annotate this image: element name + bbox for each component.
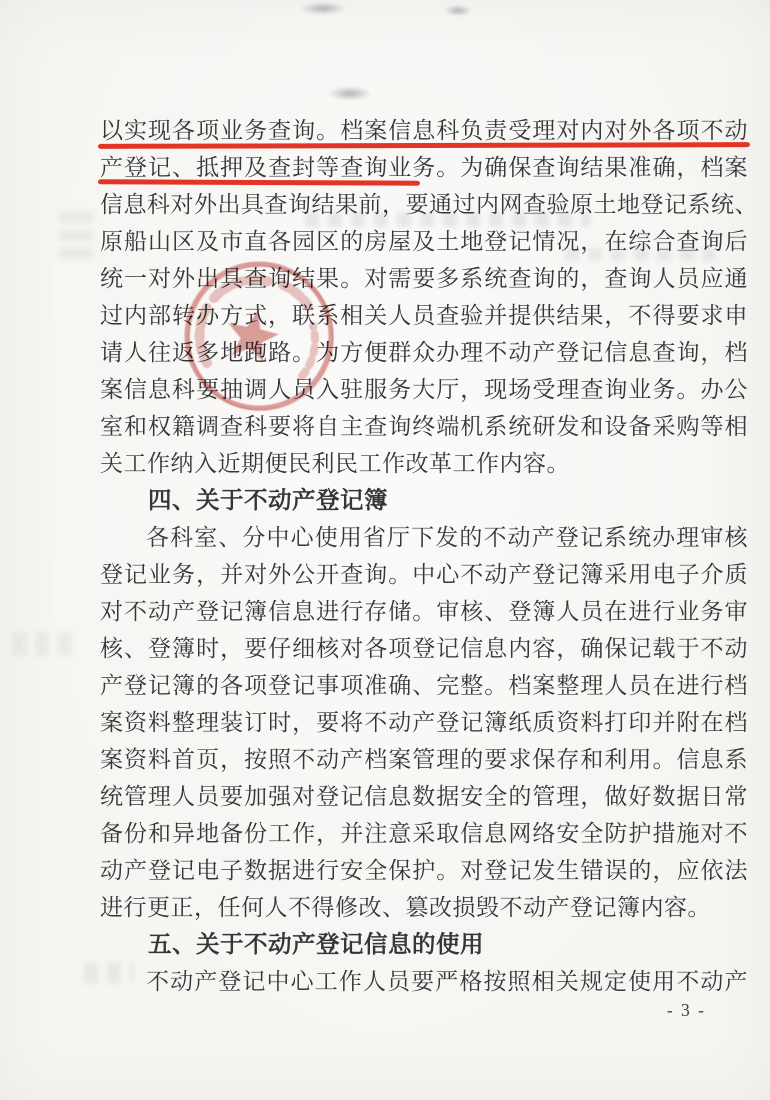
body-line: 案信息科要抽调人员入驻服务大厅，现场受理查询业务。办公 [100, 371, 748, 408]
document-body: 以实现各项业务查询。档案信息科负责受理对内对外各项不动 产登记、抵押及查封等查询… [100, 112, 748, 1000]
scan-artifact [300, 2, 346, 15]
scan-bleedthrough [12, 632, 78, 656]
body-line: 案资料首页，按照不动产档案管理的要求保存和利用。信息系 [100, 741, 748, 778]
body-line: 动产登记电子数据进行安全保护。对登记发生错误的，应依法 [100, 852, 748, 889]
body-line: 不动产登记中心工作人员要严格按照相关规定使用不动产 [100, 963, 748, 1000]
body-line: 请人往返多地跑路。为方便群众办理不动产登记信息查询，档 [100, 334, 748, 371]
body-line: 产登记簿的各项登记事项准确、完整。档案整理人员在进行档 [100, 667, 748, 704]
body-line: 核、登簿时，要仔细核对各项登记信息内容，确保记载于不动 [100, 630, 748, 667]
body-line: 统管理人员要加强对登记信息数据安全的管理，做好数据日常 [100, 778, 748, 815]
body-line: 案资料整理装订时，要将不动产登记簿纸质资料打印并附在档 [100, 704, 748, 741]
body-line: 室和权籍调查科要将自主查询终端机系统研发和设备采购等相 [100, 408, 748, 445]
body-line: 备份和异地备份工作，并注意采取信息网络安全防护措施对不 [100, 815, 748, 852]
body-line: 统一对外出具查询结果。对需要多系统查询的，查询人员应通 [100, 260, 748, 297]
body-line: 登记业务，并对外公开查询。中心不动产登记簿采用电子介质 [100, 556, 748, 593]
body-line: 各科室、分中心使用省厅下发的不动产登记系统办理审核 [100, 519, 748, 556]
body-line: 关工作纳入近期便民利民工作改革工作内容。 [100, 445, 748, 482]
section-heading-5: 五、关于不动产登记信息的使用 [100, 926, 748, 963]
body-line: 过内部转办方式，联系相关人员查验并提供结果，不得要求申 [100, 297, 748, 334]
page-number: - 3 - [667, 1000, 706, 1021]
body-line: 进行更正，任何人不得修改、篡改损毁不动产登记簿内容。 [100, 889, 748, 926]
scan-artifact [328, 86, 372, 101]
body-line: 信息科对外出具查询结果前，要通过内网查验原土地登记系统、 [100, 186, 748, 223]
scanned-document-page: 以实现各项业务查询。档案信息科负责受理对内对外各项不动 产登记、抵押及查封等查询… [0, 0, 770, 1100]
scan-bleedthrough [58, 212, 94, 264]
body-line: 原船山区及市直各园区的房屋及土地登记情况，在综合查询后 [100, 223, 748, 260]
body-line: 对不动产登记簿信息进行存储。审核、登簿人员在进行业务审 [100, 593, 748, 630]
scan-artifact [444, 5, 472, 16]
section-heading-4: 四、关于不动产登记簿 [100, 482, 748, 519]
